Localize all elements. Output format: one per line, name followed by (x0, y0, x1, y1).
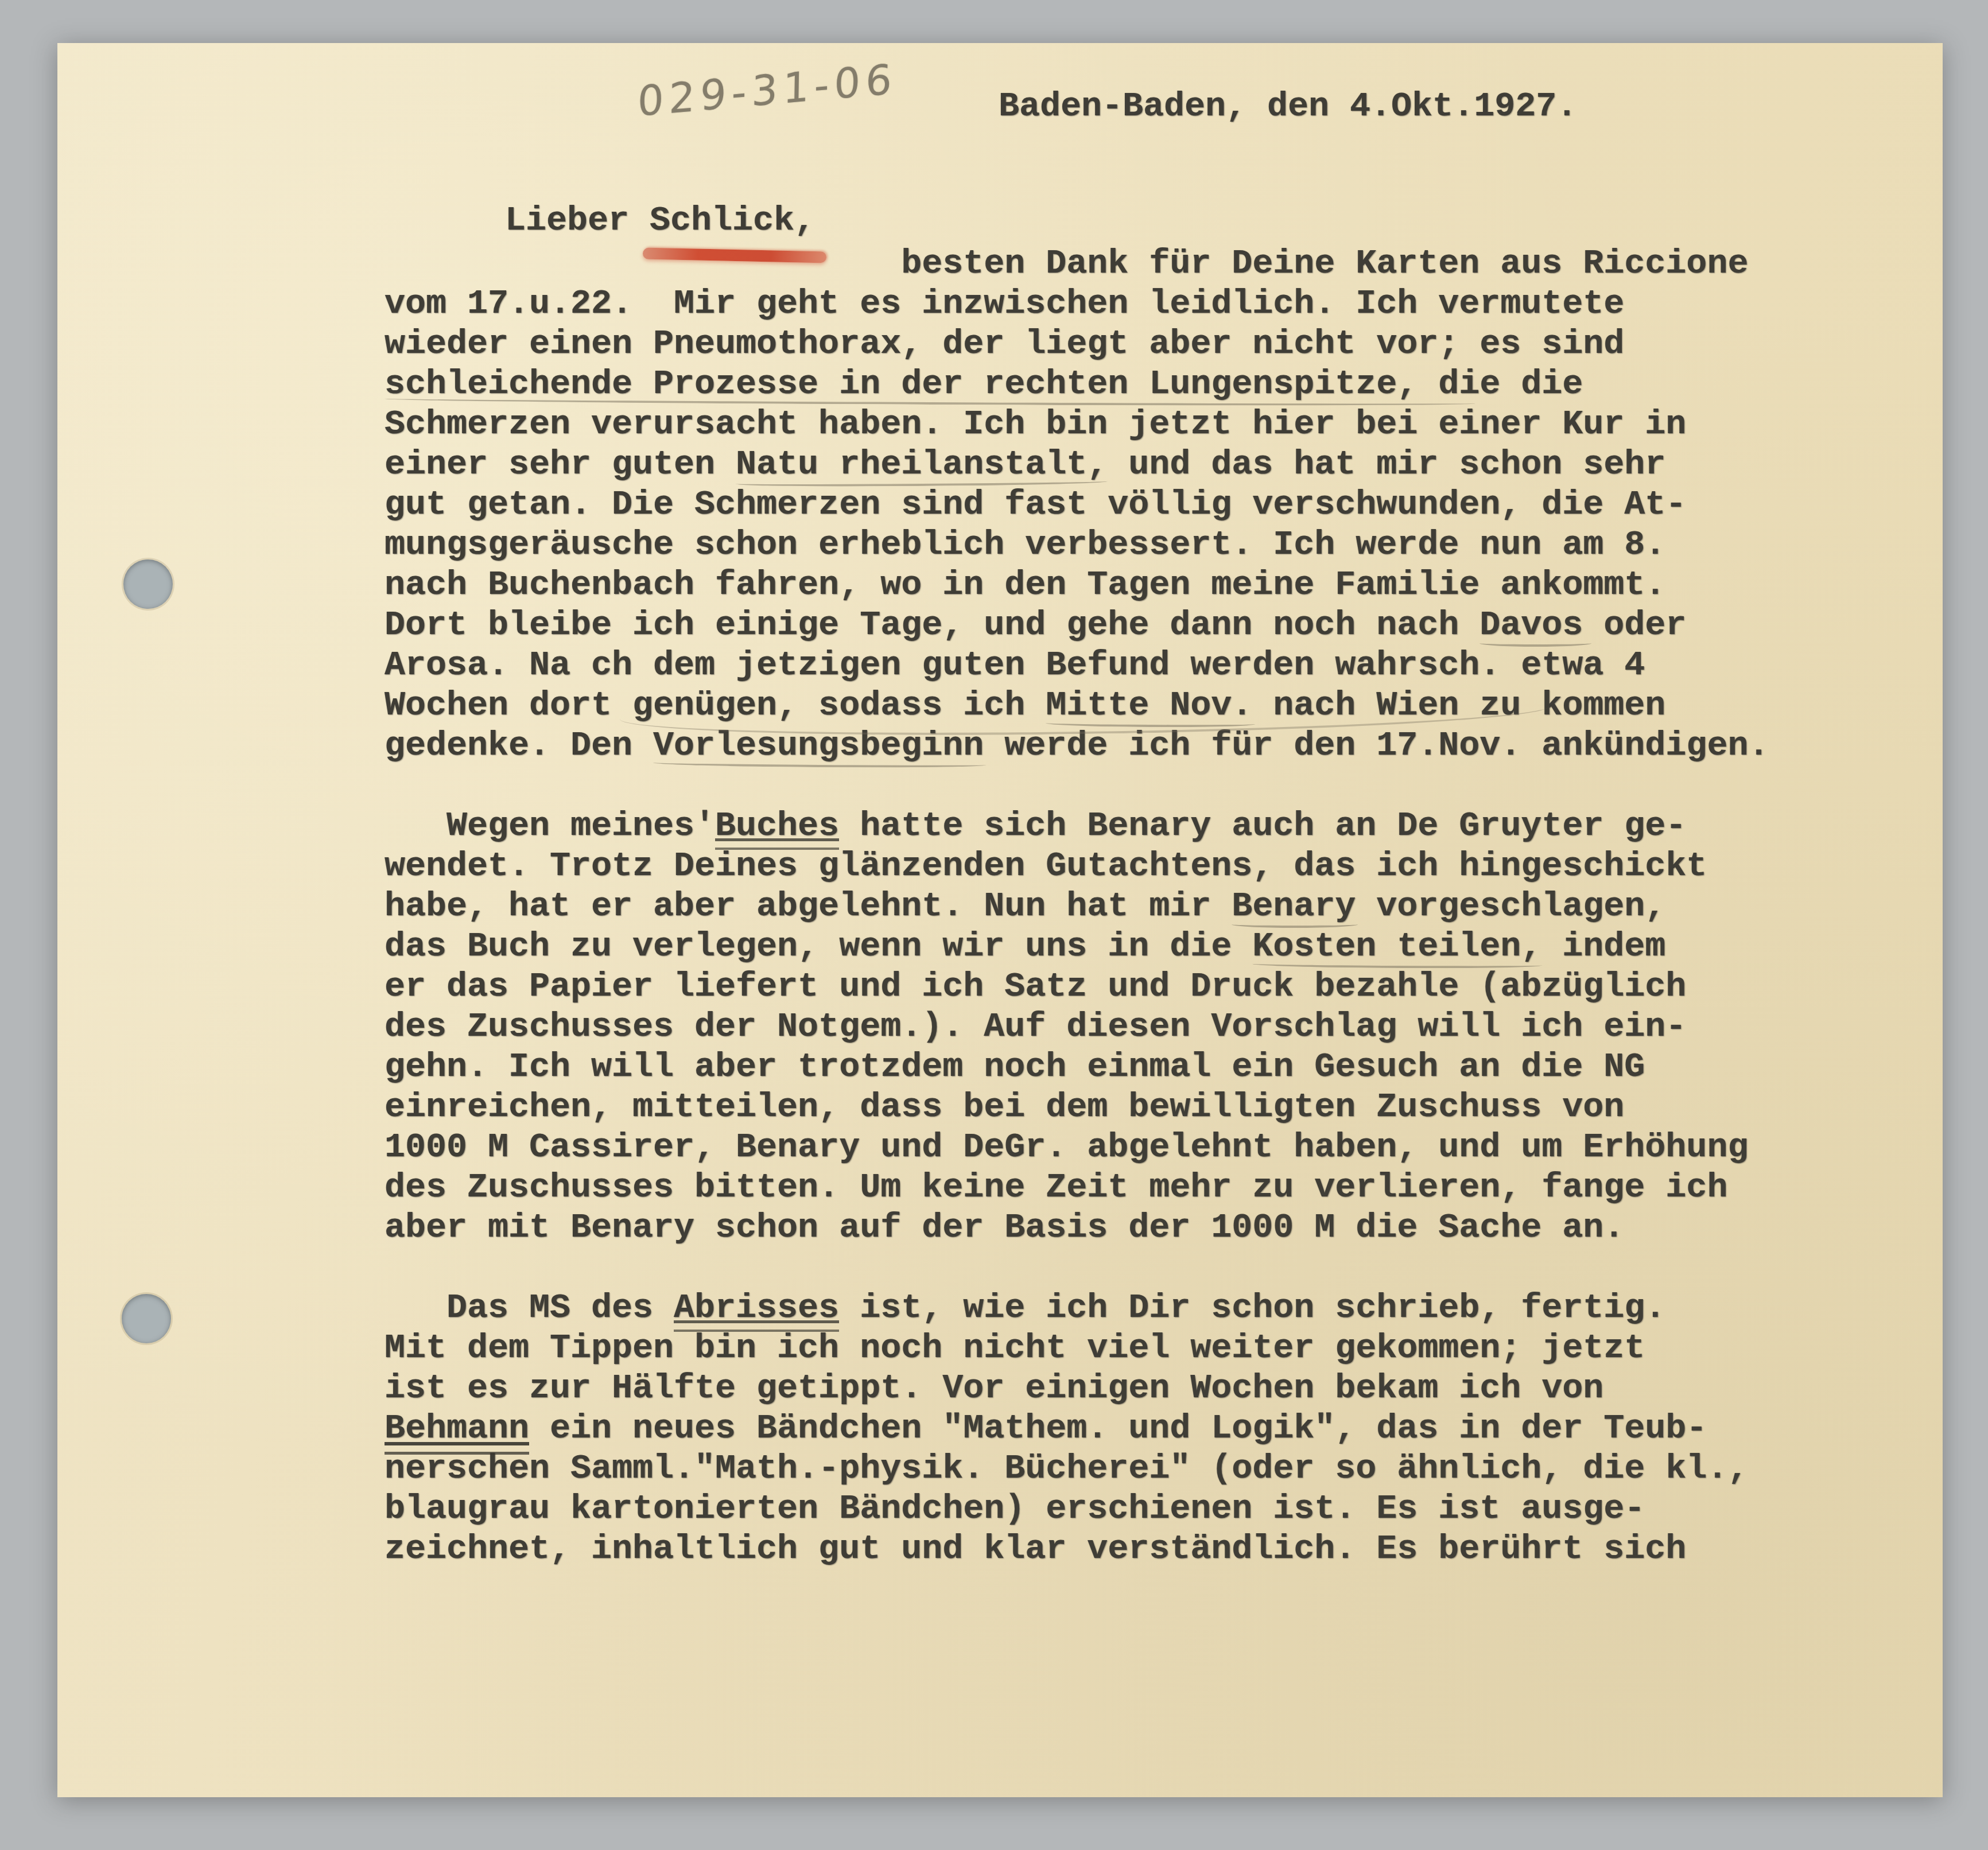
letter-line: er das Papier liefert und ich Satz und D… (385, 967, 1769, 1007)
letter-line: des Zuschusses der Notgem.). Auf diesen … (385, 1007, 1769, 1047)
salutation: Lieber Schlick, (505, 202, 815, 240)
letter-line (385, 1248, 1769, 1288)
letter-line: gedenke. Den Vorlesungsbeginn werde ich … (385, 726, 1769, 766)
letter-line: des Zuschusses bitten. Um keine Zeit meh… (385, 1168, 1769, 1208)
punch-hole-bottom (122, 1294, 171, 1343)
letter-page: 029-31-06 Baden-Baden, den 4.Okt.1927. L… (57, 43, 1943, 1797)
letter-line: mungsgeräusche schon erheblich verbesser… (385, 525, 1769, 565)
letter-line: das Buch zu verlegen, wenn wir uns in di… (385, 927, 1769, 967)
letter-line: Das MS des Abrisses ist, wie ich Dir sch… (385, 1288, 1769, 1328)
letter-line: aber mit Benary schon auf der Basis der … (385, 1208, 1769, 1248)
letter-line: nerschen Samml."Math.-physik. Bücherei" … (385, 1449, 1769, 1489)
letter-line: einreichen, mitteilen, dass bei dem bewi… (385, 1087, 1769, 1128)
letter-line: blaugrau kartonierten Bändchen) erschien… (385, 1489, 1769, 1529)
letter-body: besten Dank für Deine Karten aus Riccion… (385, 244, 1769, 1569)
letter-line: einer sehr guten Natu rheilanstalt, und … (385, 445, 1769, 485)
letter-line: habe, hat er aber abgelehnt. Nun hat mir… (385, 887, 1769, 927)
letter-line: vom 17.u.22. Mir geht es inzwischen leid… (385, 284, 1769, 324)
dateline: Baden-Baden, den 4.Okt.1927. (999, 88, 1577, 126)
archive-number-annotation: 029-31-06 (637, 55, 897, 126)
letter-line: schleichende Prozesse in der rechten Lun… (385, 364, 1769, 405)
letter-line: Dort bleibe ich einige Tage, und gehe da… (385, 605, 1769, 646)
letter-line: Behmann ein neues Bändchen "Mathem. und … (385, 1409, 1769, 1449)
letter-line: ist es zur Hälfte getippt. Vor einigen W… (385, 1369, 1769, 1409)
letter-line: zeichnet, inhaltlich gut und klar verstä… (385, 1529, 1769, 1569)
letter-line: nach Buchenbach fahren, wo in den Tagen … (385, 565, 1769, 605)
letter-line: gehn. Ich will aber trotzdem noch einmal… (385, 1047, 1769, 1087)
punch-hole-top (123, 559, 173, 609)
letter-line: Mit dem Tippen bin ich noch nicht viel w… (385, 1328, 1769, 1369)
letter-line: Arosa. Na ch dem jetzigen guten Befund w… (385, 646, 1769, 686)
letter-line: wieder einen Pneumothorax, der liegt abe… (385, 324, 1769, 364)
letter-line: Wegen meines'Buches hatte sich Benary au… (385, 806, 1769, 846)
letter-line: gut getan. Die Schmerzen sind fast völli… (385, 485, 1769, 525)
letter-line: besten Dank für Deine Karten aus Riccion… (385, 244, 1769, 284)
letter-line: wendet. Trotz Deines glänzenden Gutachte… (385, 846, 1769, 887)
letter-line: 1000 M Cassirer, Benary und DeGr. abgele… (385, 1128, 1769, 1168)
letter-line (385, 766, 1769, 806)
letter-line: Wochen dort genügen, sodass ich Mitte No… (385, 686, 1769, 726)
letter-line: Schmerzen verursacht haben. Ich bin jetz… (385, 405, 1769, 445)
